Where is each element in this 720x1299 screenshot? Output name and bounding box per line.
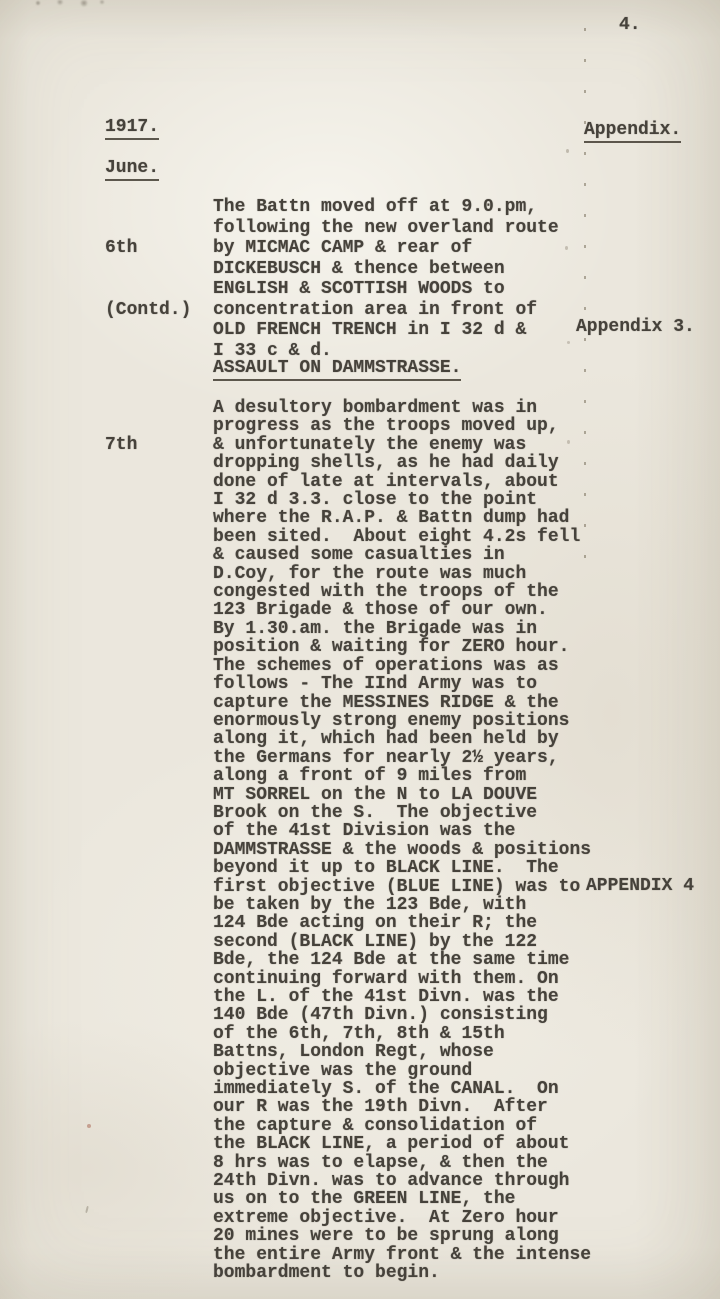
text-line: capture the MESSINES RIDGE & the bbox=[213, 694, 591, 712]
text-line: concentration area in front of bbox=[213, 300, 559, 321]
text-line: 8 hrs was to elapse, & then the bbox=[213, 1154, 591, 1172]
page-number: 4. bbox=[619, 15, 641, 35]
text-line: 20 mines were to be sprung along bbox=[213, 1227, 591, 1245]
text-line: Battns, London Regt, whose bbox=[213, 1043, 591, 1061]
text-line: & caused some casualties in bbox=[213, 546, 591, 564]
text-line: ENGLISH & SCOTTISH WOODS to bbox=[213, 279, 559, 300]
text-line: by MICMAC CAMP & rear of bbox=[213, 238, 559, 259]
text-line: following the new overland route bbox=[213, 218, 559, 239]
text-line: The schemes of operations was as bbox=[213, 657, 591, 675]
text-line: the capture & consolidation of bbox=[213, 1117, 591, 1135]
text-line: By 1.30.am. the Brigade was in bbox=[213, 620, 591, 638]
text-line: DICKEBUSCH & thence between bbox=[213, 259, 559, 280]
text-line: along it, which had been held by bbox=[213, 730, 591, 748]
text-line: dropping shells, as he had daily bbox=[213, 454, 591, 472]
text-line: second (BLACK LINE) by the 122 bbox=[213, 933, 591, 951]
text-line: I 32 d 3.3. close to the point bbox=[213, 491, 591, 509]
margin-note-appendix-4: APPENDIX 4 bbox=[586, 876, 694, 896]
text-line: along a front of 9 miles from bbox=[213, 767, 591, 785]
text-line: D.Coy, for the route was much bbox=[213, 565, 591, 583]
war-diary-page: 4. 1917. Appendix. June. 6th (Contd.) Th… bbox=[0, 0, 720, 1299]
text-line: beyond it up to BLACK LINE. The bbox=[213, 859, 591, 877]
text-line: position & waiting for ZERO hour. bbox=[213, 638, 591, 656]
text-line: of the 41st Division was the bbox=[213, 822, 591, 840]
entry-date-column: 6th (Contd.) bbox=[105, 197, 191, 361]
text-line: MT SORREL on the N to LA DOUVE bbox=[213, 786, 591, 804]
month-heading-text: June. bbox=[105, 158, 159, 181]
entry-body-text: A desultory bombardment was inprogress a… bbox=[213, 399, 591, 1283]
paper-speck bbox=[567, 341, 570, 344]
text-line: progress as the troops moved up, bbox=[213, 417, 591, 435]
appendix-column-heading-text: Appendix. bbox=[584, 120, 681, 143]
text-line: extreme objective. At Zero hour bbox=[213, 1209, 591, 1227]
entry-date-continuation: (Contd.) bbox=[105, 300, 191, 321]
text-line: the BLACK LINE, a period of about bbox=[213, 1135, 591, 1153]
text-line: 140 Bde (47th Divn.) consisting bbox=[213, 1006, 591, 1024]
text-line: & unfortunately the enemy was bbox=[213, 436, 591, 454]
paper-speck bbox=[565, 246, 568, 250]
text-line: where the R.A.P. & Battn dump had bbox=[213, 509, 591, 527]
text-line: DAMMSTRASSE & the woods & positions bbox=[213, 841, 591, 859]
text-line: follows - The IInd Army was to bbox=[213, 675, 591, 693]
appendix-column-heading: Appendix. bbox=[584, 120, 681, 140]
text-line: 123 Brigade & those of our own. bbox=[213, 601, 591, 619]
text-line: congested with the troops of the bbox=[213, 583, 591, 601]
text-line: A desultory bombardment was in bbox=[213, 399, 591, 417]
text-line: done of late at intervals, about bbox=[213, 473, 591, 491]
text-line: of the 6th, 7th, 8th & 15th bbox=[213, 1025, 591, 1043]
entry-date-column: 7th bbox=[105, 399, 170, 491]
section-heading-text: ASSAULT ON DAMMSTRASSE. bbox=[213, 358, 461, 381]
text-line: our R was the 19th Divn. After bbox=[213, 1098, 591, 1116]
text-line: us on to the GREEN LINE, the bbox=[213, 1190, 591, 1208]
year-heading: 1917. bbox=[105, 117, 159, 137]
entry-date: 6th bbox=[105, 238, 191, 259]
text-line: The Battn moved off at 9.0.pm, bbox=[213, 197, 559, 218]
text-line: first objective (BLUE LINE) was to bbox=[213, 878, 591, 896]
paper-speck bbox=[87, 1124, 91, 1128]
text-line: the Germans for nearly 2½ years, bbox=[213, 749, 591, 767]
text-line: 124 Bde acting on their R; the bbox=[213, 914, 591, 932]
text-line: 24th Divn. was to advance through bbox=[213, 1172, 591, 1190]
text-line: enormously strong enemy positions bbox=[213, 712, 591, 730]
text-line: Bde, the 124 Bde at the same time bbox=[213, 951, 591, 969]
section-heading: ASSAULT ON DAMMSTRASSE. bbox=[213, 358, 461, 378]
month-heading: June. bbox=[105, 158, 159, 178]
text-line: objective was the ground bbox=[213, 1062, 591, 1080]
text-line: continuing forward with them. On bbox=[213, 970, 591, 988]
text-line: immediately S. of the CANAL. On bbox=[213, 1080, 591, 1098]
year-heading-text: 1917. bbox=[105, 117, 159, 140]
ink-smudge bbox=[26, 0, 112, 9]
paper-speck bbox=[85, 1206, 89, 1213]
text-line: OLD FRENCH TRENCH in I 32 d & bbox=[213, 320, 559, 341]
entry-date: 7th bbox=[105, 436, 170, 454]
text-line: be taken by the 123 Bde, with bbox=[213, 896, 591, 914]
text-line: Brook on the S. The objective bbox=[213, 804, 591, 822]
text-line: been sited. About eight 4.2s fell bbox=[213, 528, 591, 546]
margin-note-appendix-3: Appendix 3. bbox=[576, 317, 695, 337]
text-line: bombardment to begin. bbox=[213, 1264, 591, 1282]
text-line: the entire Army front & the intense bbox=[213, 1246, 591, 1264]
entry-body-text: The Battn moved off at 9.0.pm,following … bbox=[213, 197, 559, 361]
paper-speck bbox=[566, 149, 569, 153]
text-line: the L. of the 41st Divn. was the bbox=[213, 988, 591, 1006]
